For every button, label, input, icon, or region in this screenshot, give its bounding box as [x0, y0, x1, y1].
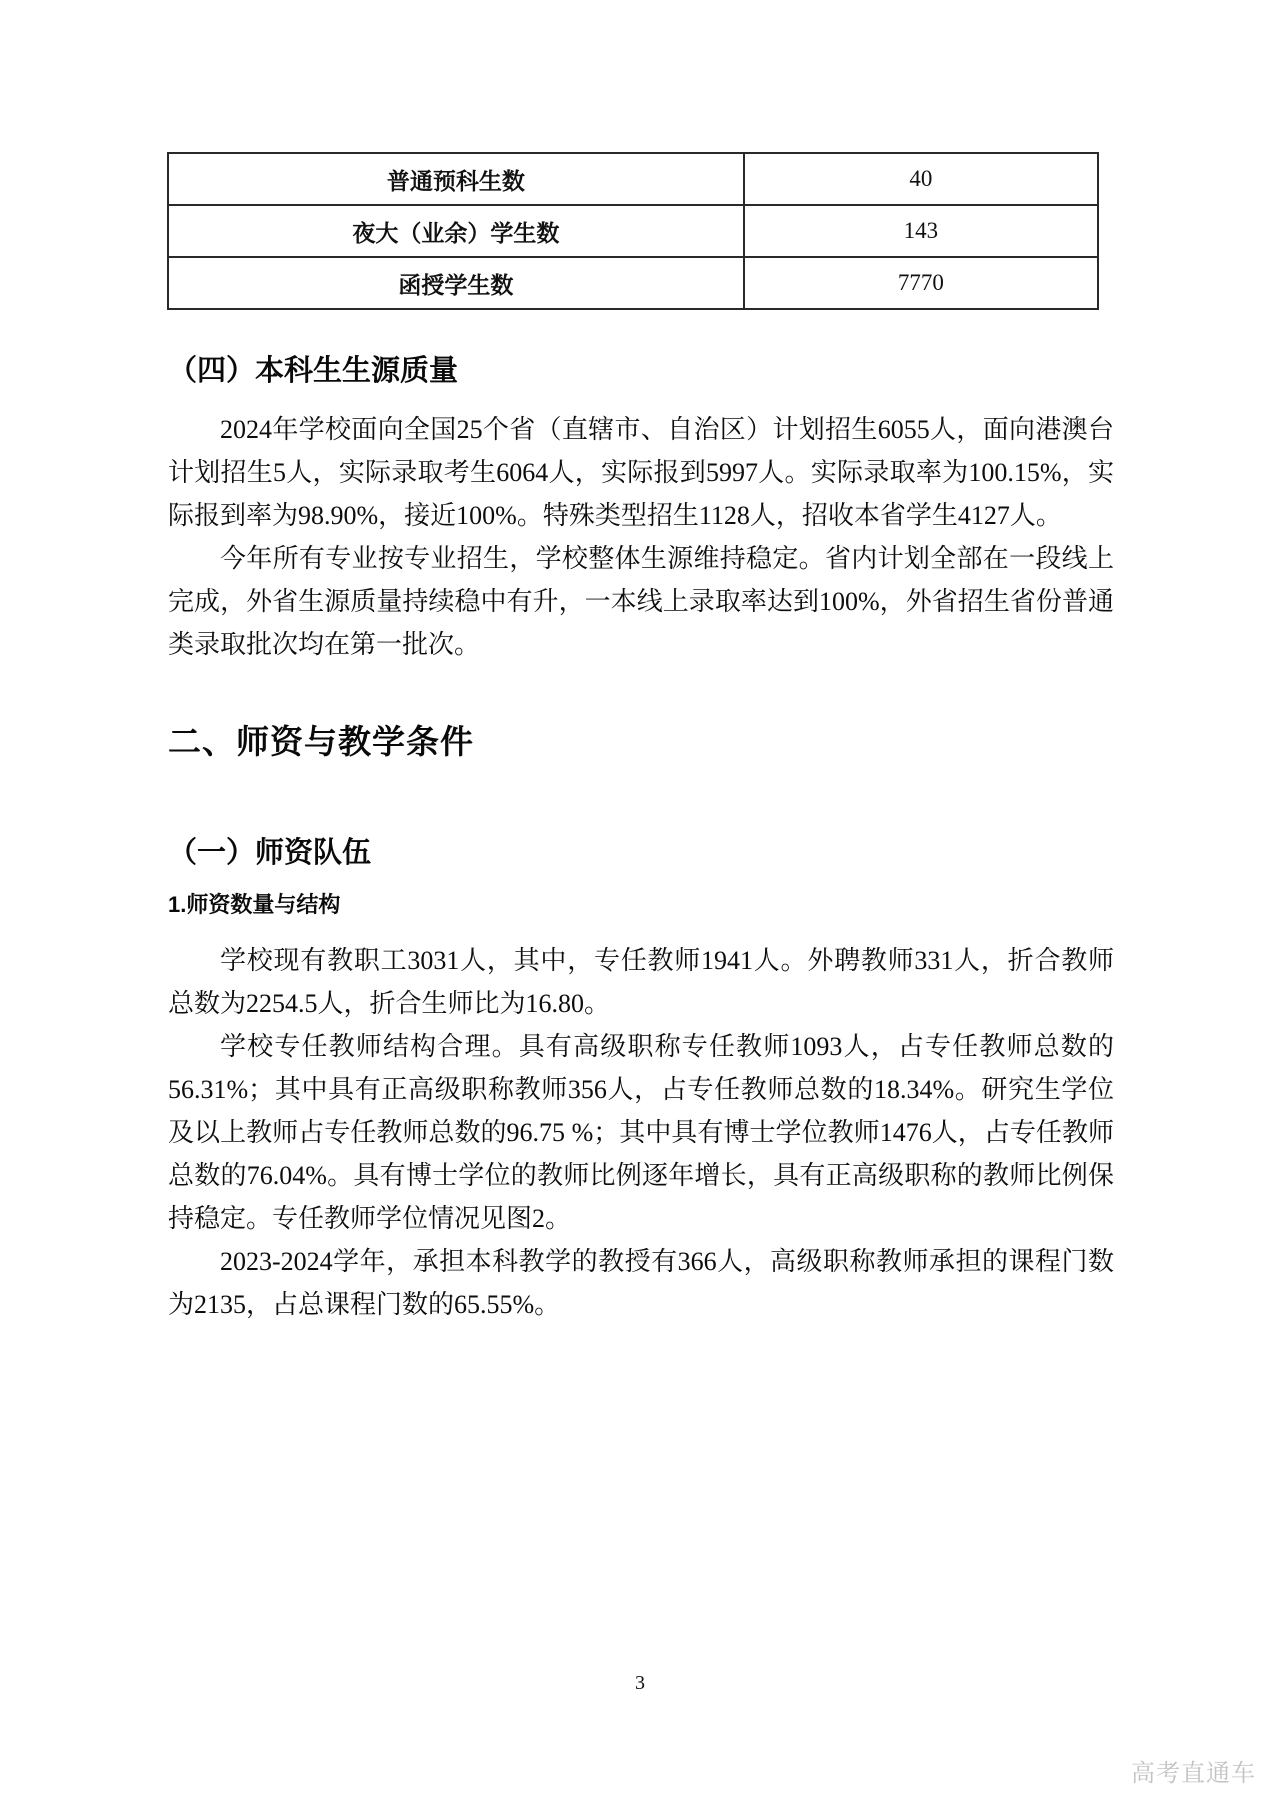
section-heading-source-quality: （四）本科生生源质量 [168, 348, 458, 389]
table-cell-value: 143 [744, 205, 1098, 257]
document-page: 普通预科生数 40 夜大（业余）学生数 143 函授学生数 7770 （四）本科… [0, 0, 1280, 1810]
table-row: 普通预科生数 40 [168, 153, 1098, 205]
table-cell-label: 函授学生数 [168, 257, 744, 309]
table-cell-value: 40 [744, 153, 1098, 205]
paragraph-faculty-2: 学校专任教师结构合理。具有高级职称专任教师1093人，占专任教师总数的56.31… [168, 1025, 1114, 1240]
paragraph-faculty-3: 2023-2024学年，承担本科教学的教授有366人，高级职称教师承担的课程门数… [168, 1240, 1114, 1326]
section-heading-faculty-team: （一）师资队伍 [168, 830, 371, 871]
paragraph-admission-2: 今年所有专业按专业招生，学校整体生源维持稳定。省内计划全部在一段线上完成，外省生… [168, 537, 1114, 666]
chapter-heading-faculty-teaching: 二、师资与教学条件 [168, 716, 474, 763]
enrollment-stats-table: 普通预科生数 40 夜大（业余）学生数 143 函授学生数 7770 [167, 152, 1099, 310]
watermark-text: 高考直通车 [1131, 1753, 1256, 1788]
faculty-paragraphs: 学校现有教职工3031人，其中，专任教师1941人。外聘教师331人，折合教师总… [168, 939, 1114, 1326]
table-row: 夜大（业余）学生数 143 [168, 205, 1098, 257]
table-cell-label: 夜大（业余）学生数 [168, 205, 744, 257]
paragraph-faculty-1: 学校现有教职工3031人，其中，专任教师1941人。外聘教师331人，折合教师总… [168, 939, 1114, 1025]
admission-paragraphs: 2024年学校面向全国25个省（直辖市、自治区）计划招生6055人，面向港澳台计… [168, 408, 1114, 666]
subsection-heading-faculty-structure: 1.师资数量与结构 [168, 888, 340, 919]
table-cell-value: 7770 [744, 257, 1098, 309]
table-cell-label: 普通预科生数 [168, 153, 744, 205]
table-row: 函授学生数 7770 [168, 257, 1098, 309]
paragraph-admission-1: 2024年学校面向全国25个省（直辖市、自治区）计划招生6055人，面向港澳台计… [168, 408, 1114, 537]
page-number: 3 [0, 1672, 1280, 1695]
